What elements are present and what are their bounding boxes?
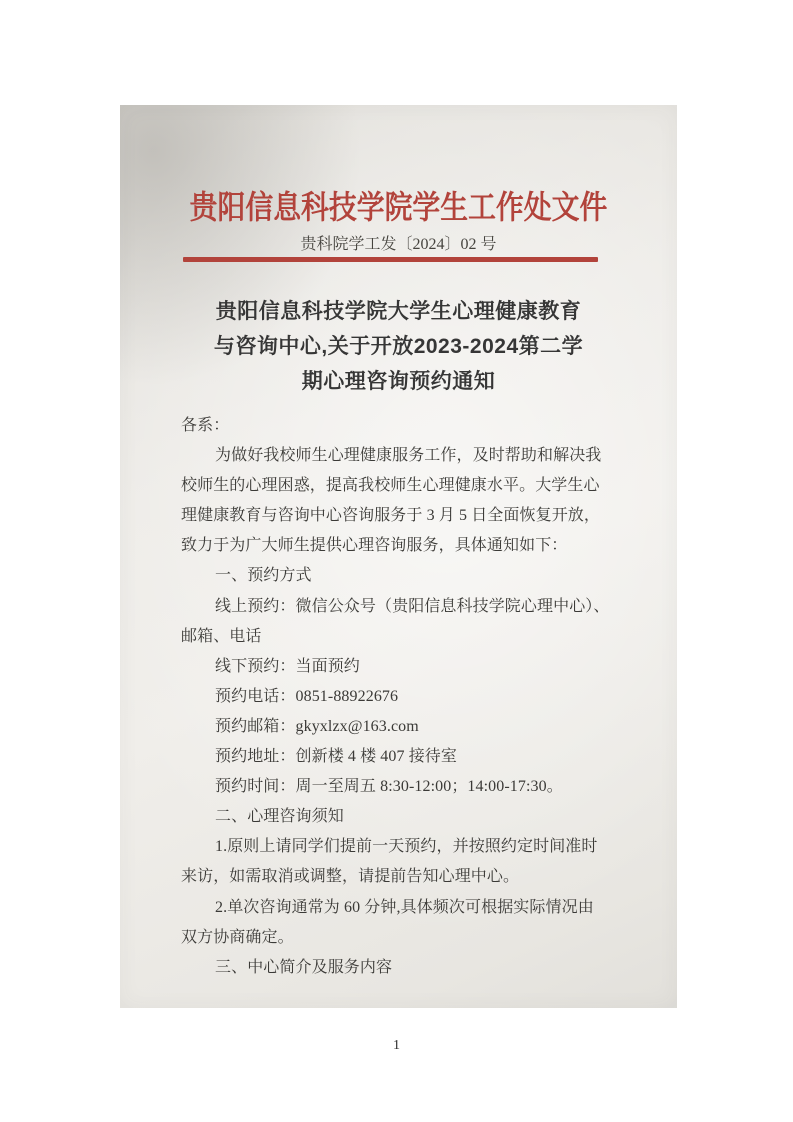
doc-number: 贵科院学工发〔2024〕02 号: [120, 234, 677, 256]
document-page: 贵阳信息科技学院学生工作处文件 贵科院学工发〔2024〕02 号 贵阳信息科技学…: [0, 0, 793, 1122]
body-line: 为做好我校师生心理健康服务工作，及时帮助和解决我: [181, 441, 651, 471]
body-line: 预约电话：0851-88922676: [181, 682, 651, 712]
body-line: 邮箱、电话: [181, 622, 651, 652]
body-line: 预约时间：周一至周五 8:30-12:00；14:00-17:30。: [181, 772, 651, 802]
notice-title-line: 期心理咨询预约通知: [120, 364, 677, 399]
notice-title-line: 与咨询中心,关于开放2023-2024第二学: [120, 329, 677, 364]
body-line: 线上预约：微信公众号（贵阳信息科技学院心理中心）、: [181, 592, 651, 622]
page-number: 1: [0, 1038, 793, 1054]
document-scan: 贵阳信息科技学院学生工作处文件 贵科院学工发〔2024〕02 号 贵阳信息科技学…: [120, 105, 677, 1008]
notice-body: 各系：为做好我校师生心理健康服务工作，及时帮助和解决我校师生的心理困惑，提高我校…: [181, 411, 651, 983]
body-line: 三、中心简介及服务内容: [181, 953, 651, 983]
body-line: 一、预约方式: [181, 561, 651, 591]
body-line: 预约地址：创新楼 4 楼 407 接待室: [181, 742, 651, 772]
body-line: 预约邮箱：gkyxlzx@163.com: [181, 712, 651, 742]
body-line: 1.原则上请同学们提前一天预约，并按照约定时间准时: [181, 832, 651, 862]
masthead-title: 贵阳信息科技学院学生工作处文件: [156, 189, 641, 225]
body-line: 致力于为广大师生提供心理咨询服务，具体通知如下：: [181, 531, 651, 561]
body-line: 双方协商确定。: [181, 923, 651, 953]
notice-title: 贵阳信息科技学院大学生心理健康教育 与咨询中心,关于开放2023-2024第二学…: [120, 294, 677, 399]
notice-title-line: 贵阳信息科技学院大学生心理健康教育: [120, 294, 677, 329]
body-line: 二、心理咨询须知: [181, 802, 651, 832]
body-line: 线下预约：当面预约: [181, 652, 651, 682]
body-line: 理健康教育与咨询中心咨询服务于 3 月 5 日全面恢复开放，: [181, 501, 651, 531]
red-separator-line: [183, 257, 598, 262]
body-line: 2.单次咨询通常为 60 分钟,具体频次可根据实际情况由: [181, 893, 651, 923]
body-line: 校师生的心理困惑，提高我校师生心理健康水平。大学生心: [181, 471, 651, 501]
body-line: 来访，如需取消或调整，请提前告知心理中心。: [181, 862, 651, 892]
body-line: 各系：: [181, 411, 651, 441]
